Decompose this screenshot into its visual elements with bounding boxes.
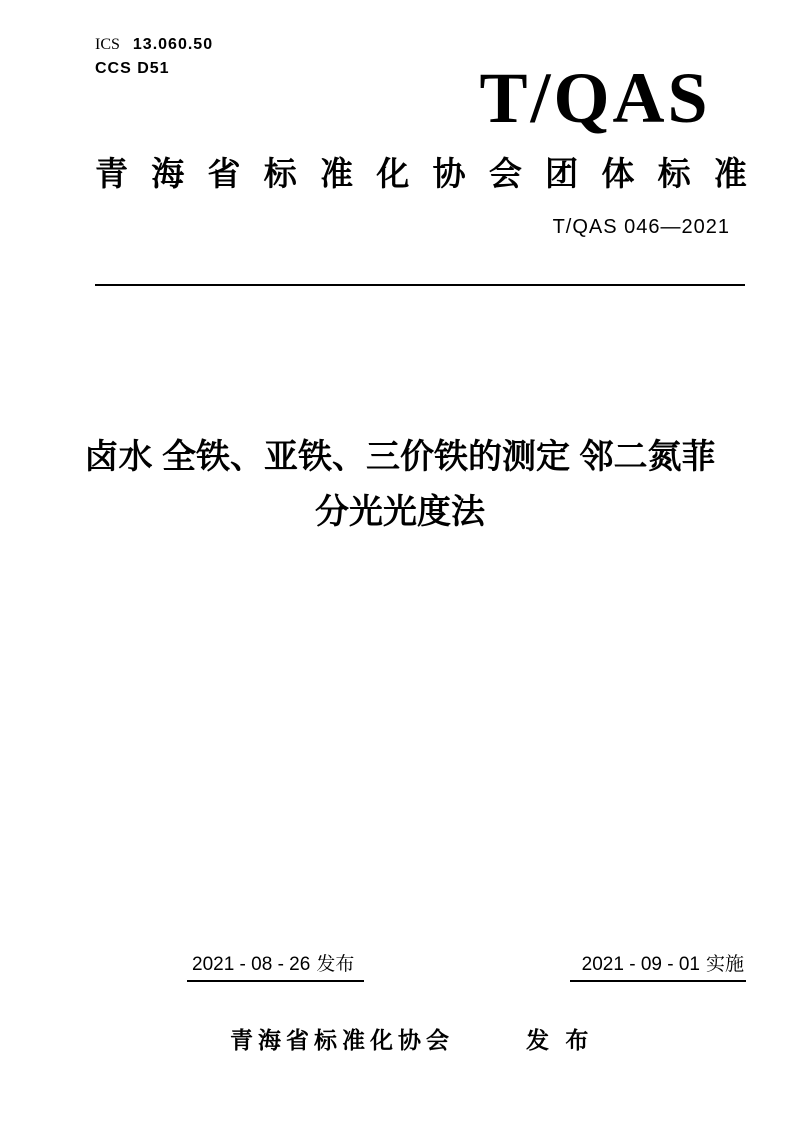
org-banner: 青海省标准化协会团体标准 bbox=[95, 153, 747, 195]
issue-date-line: 2021 - 08 - 26发布 bbox=[187, 949, 364, 982]
tqas-logo: T/QAS bbox=[445, 60, 745, 136]
ccs-code-line: CCS D51 bbox=[95, 60, 170, 78]
issue-label: 发布 bbox=[316, 954, 354, 975]
implementation-label: 实施 bbox=[706, 954, 744, 975]
ics-label: ICS bbox=[95, 36, 120, 53]
implementation-date: 2021 - 09 - 01 bbox=[582, 954, 700, 975]
implementation-date-line: 2021 - 09 - 01实施 bbox=[570, 949, 746, 982]
issue-date: 2021 - 08 - 26 bbox=[192, 954, 310, 975]
standard-number: T/QAS 046—2021 bbox=[553, 216, 730, 239]
ics-code-line: ICS13.060.50 bbox=[95, 36, 213, 54]
publisher-name: 青海省标准化协会 bbox=[230, 1022, 454, 1055]
header-divider-rule bbox=[95, 284, 745, 286]
ics-code: 13.060.50 bbox=[133, 36, 213, 53]
standard-cover-page: ICS13.060.50 CCS D51 T/QAS 青海省标准化协会团体标准 … bbox=[0, 0, 800, 1130]
document-title-line2: 分光光度法 bbox=[0, 485, 800, 540]
publish-label: 发 布 bbox=[526, 1022, 593, 1055]
publisher-row: 青海省标准化协会 发 布 bbox=[230, 1022, 593, 1055]
document-title-line1: 卤水 全铁、亚铁、三价铁的测定 邻二氮菲 bbox=[0, 430, 800, 485]
document-title: 卤水 全铁、亚铁、三价铁的测定 邻二氮菲 分光光度法 bbox=[0, 430, 800, 540]
